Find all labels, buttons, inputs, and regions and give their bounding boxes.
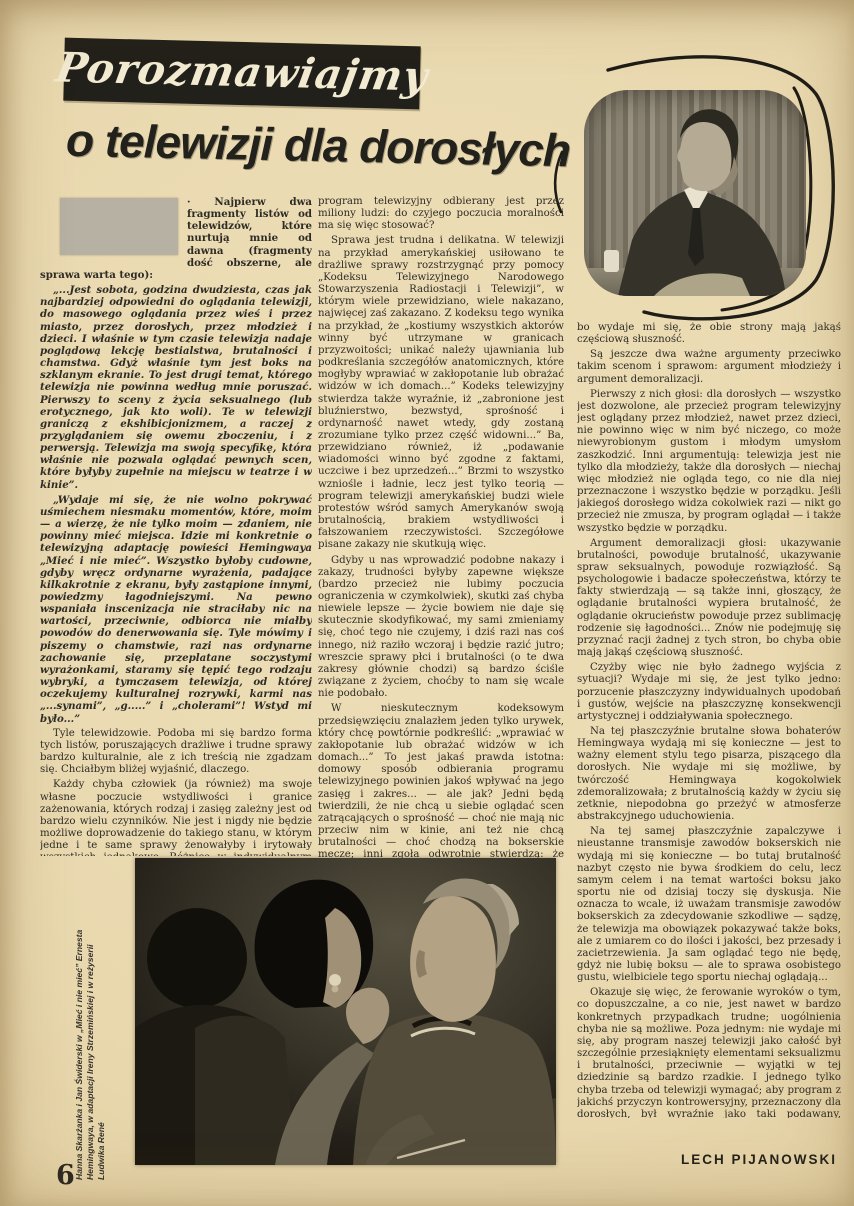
page-number: 6: [56, 1160, 75, 1191]
body-paragraph: Czyżby więc nie było żadnego wyjścia z s…: [577, 662, 841, 723]
column-1: · Najpierw dwa fragmenty listów od telew…: [40, 196, 312, 856]
column-3: bo wydaje mi się, że obie strony mają ja…: [577, 322, 841, 1118]
body-paragraph: Są jeszcze dwa ważne argumenty przeciwko…: [577, 349, 841, 385]
body-paragraph: Tyle telewidzowie. Podoba mi się bardzo …: [40, 728, 312, 777]
body-paragraph: W nieskutecznym kodeksowym przedsięwzięc…: [318, 703, 564, 858]
photo-caption: Hanna Skarżanka i Jan Świderski w „Mieć …: [74, 928, 107, 1180]
body-paragraph: Sprawa jest trudna i delikatna. W telewi…: [318, 235, 564, 551]
body-paragraph: Okazuje się więc, że ferowanie wyroków o…: [577, 987, 841, 1118]
page-title-script: Porozmawiajmy: [53, 43, 433, 100]
body-paragraph: program telewizyjny odbierany jest przez…: [318, 196, 564, 232]
body-paragraph: Gdyby u nas wprowadzić podobne nakazy i …: [318, 555, 564, 701]
body-paragraph: Pierwszy z nich głosi: dla dorosłych — w…: [577, 389, 841, 535]
body-paragraph: Na tej płaszczyźnie brutalne słowa bohat…: [577, 726, 841, 823]
play-scene-photo: [135, 858, 556, 1165]
tv-portrait-photo: [584, 90, 806, 296]
body-paragraph: bo wydaje mi się, że obie strony mają ja…: [577, 322, 841, 346]
page-subtitle: o telewizji dla dorosłych: [65, 113, 566, 177]
reader-letter-quote-1: „...Jest sobota, godzina dwudziesta, cza…: [40, 284, 312, 491]
author-byline: LECH PIJANOWSKI: [577, 1152, 837, 1167]
decorative-gray-box: [60, 198, 178, 255]
magazine-page: Porozmawiajmy o telewizji dla dorosłych: [0, 0, 854, 1206]
title-banner: Porozmawiajmy: [63, 38, 420, 110]
play-scene-illustration: [135, 858, 556, 1165]
column-2: program telewizyjny odbierany jest przez…: [318, 196, 564, 858]
body-paragraph: Argument demoralizacji głosi: ukazywanie…: [577, 538, 841, 660]
body-paragraph: Na tej samej płaszczyźnie zapalczywe i n…: [577, 826, 841, 984]
tv-portrait-illustration: [584, 90, 806, 296]
reader-letter-quote-2: „Wydaje mi się, że nie wolno pokrywać uś…: [40, 494, 312, 725]
body-paragraph: Każdy chyba człowiek (ja również) ma swo…: [40, 779, 312, 856]
